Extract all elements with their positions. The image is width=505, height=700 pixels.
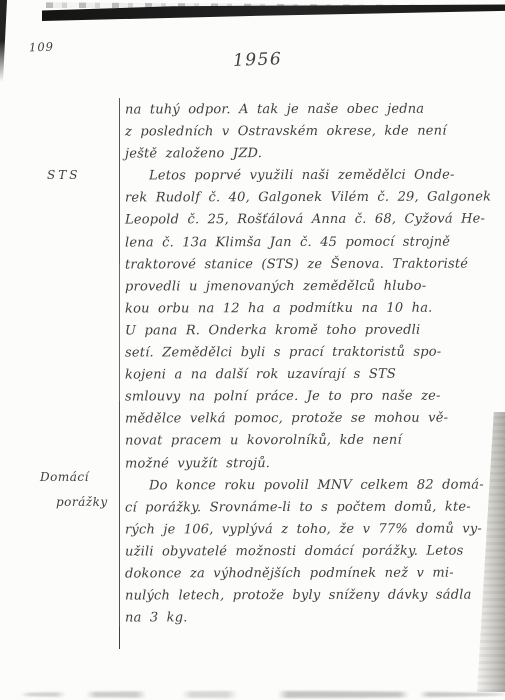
handwritten-line: kou orbu na 12 ha a podmítku na 10 ha.: [125, 297, 485, 320]
handwritten-line: setí. Zemědělci byli s prací traktoristů…: [125, 342, 485, 365]
handwritten-line: ještě založeno JZD.: [125, 143, 485, 166]
handwritten-line: možné využít strojů.: [125, 452, 485, 475]
handwritten-line: Do konce roku povolil MNV celkem 82 domá…: [125, 474, 485, 497]
margin-rule: [119, 98, 120, 649]
handwritten-line: mědělce velká pomoc, protože se mohou vě…: [125, 408, 485, 431]
margin-note-sts: STS: [47, 168, 80, 182]
scanned-chronicle-page: 109 1956 STS Domácí porážky na tuhý odpo…: [0, 0, 505, 700]
year-heading: 1956: [233, 49, 283, 71]
handwritten-line: provedli u jmenovaných zemědělců hlubo-: [125, 275, 485, 298]
handwritten-body: na tuhý odpor. A tak je naše obec jedna …: [125, 99, 485, 629]
handwritten-line: lena č. 13a Klimša Jan č. 45 pomocí stro…: [125, 231, 485, 254]
handwritten-line: na tuhý odpor. A tak je naše obec jedna: [125, 99, 485, 122]
scan-smudge-bottom: [0, 691, 505, 698]
handwritten-line: novat pracem u kovorolníků, kde není: [125, 430, 485, 453]
handwritten-line: rých je 106, vyplývá z toho, že v 77% do…: [125, 518, 485, 541]
margin-note-domaci-porazky-line1: Domácí: [40, 470, 89, 484]
handwritten-line: smlouvy na polní práce. Je to pro naše z…: [125, 386, 485, 409]
margin-note-domaci-porazky-line2: porážky: [56, 495, 108, 509]
handwritten-line: kojeni a na další rok uzavírají s STS: [125, 364, 485, 387]
handwritten-line: z posledních v Ostravském okrese, kde ne…: [125, 121, 485, 144]
handwritten-line: Letos poprvé využili naši zemědělci Onde…: [125, 165, 485, 188]
handwritten-line: Leopold č. 25, Rošťálová Anna č. 68, Cyž…: [125, 209, 485, 232]
handwritten-line: U pana R. Onderka kromě toho provedli: [125, 319, 485, 342]
handwritten-line: užili obyvatelé možnosti domácí porážky.…: [125, 540, 485, 563]
handwritten-line: rek Rudolf č. 40, Galgonek Vilém č. 29, …: [125, 187, 485, 210]
handwritten-line: cí porážky. Srovnáme-li to s počtem domů…: [125, 496, 485, 519]
handwritten-line: dokonce za výhodnějších podmínek než v m…: [125, 562, 485, 585]
page-number: 109: [29, 40, 54, 55]
page-edge-mark-left: [0, 0, 7, 82]
handwritten-line: traktorové stanice (STS) ze Šenova. Trak…: [125, 253, 485, 276]
handwritten-line: na 3 kg.: [125, 607, 485, 630]
handwritten-line: nulých letech, protože byly sníženy dávk…: [125, 585, 485, 608]
